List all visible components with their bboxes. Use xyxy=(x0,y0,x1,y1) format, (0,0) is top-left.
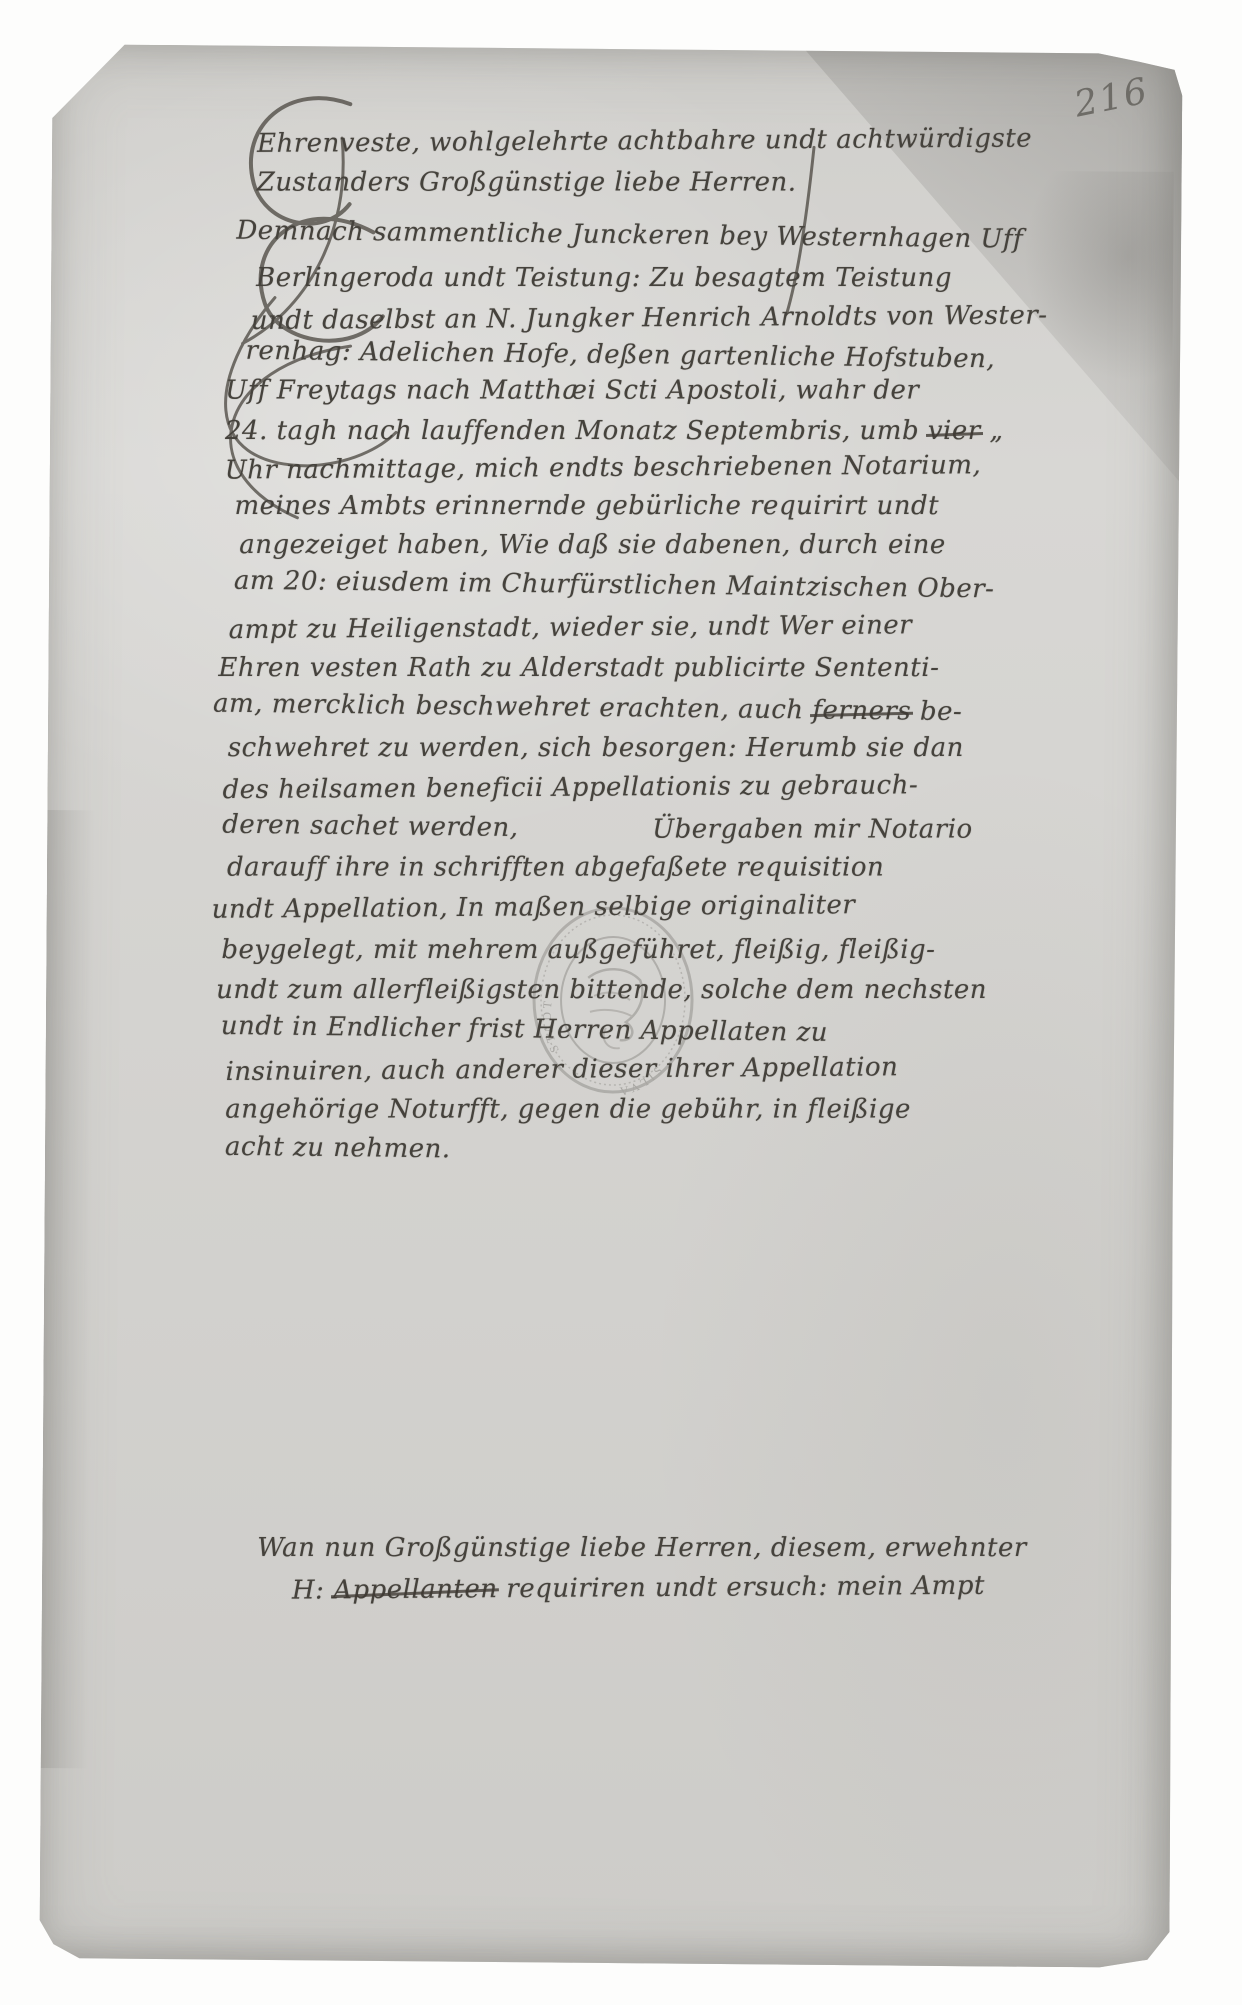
struck-word: vier xyxy=(928,416,981,446)
line-text: H: xyxy=(292,1575,333,1605)
struck-word: Appellanten xyxy=(333,1574,498,1605)
line-text: „ xyxy=(981,416,1004,446)
manuscript-line: Uhr nachmittage, mich endts beschriebene… xyxy=(225,450,982,485)
line-text: beygelegt, mit mehrem außgeführet, fleiß… xyxy=(221,935,935,965)
manuscript-line: Zustanders Großgünstige liebe Herren. xyxy=(257,167,797,197)
manuscript-line: Ehrenveste, wohlgelehrte achtbahre undt … xyxy=(257,124,1032,159)
manuscript-line: Berlingeroda undt Teistung: Zu besagtem … xyxy=(256,263,952,293)
manuscript-line: angehörige Noturfft, gegen die gebühr, i… xyxy=(225,1095,911,1125)
line-text: undt in Endlicher frist Herren Appellate… xyxy=(221,1011,828,1048)
manuscript-line: undt zum allerfleißigsten bittende, solc… xyxy=(216,975,987,1005)
manuscript-line: am 20: eiusdem im Churfürstlichen Maintz… xyxy=(234,566,995,605)
manuscript-line: des heilsamen beneficii Appellationis zu… xyxy=(222,770,918,805)
line-text: angehörige Noturfft, gegen die gebühr, i… xyxy=(225,1095,911,1125)
manuscript-line: ampt zu Heiligenstadt, wieder sie, undt … xyxy=(229,610,913,645)
line-text: Wan nun Großgünstige liebe Herren, diese… xyxy=(257,1533,1027,1563)
line-text: Ehrenveste, wohlgelehrte achtbahre undt … xyxy=(257,124,1032,159)
manuscript-line: beygelegt, mit mehrem außgeführet, fleiß… xyxy=(221,935,935,965)
manuscript-line: Ehren vesten Rath zu Alderstadt publicir… xyxy=(218,653,939,683)
line-text: Demnach sammentliche Junckeren bey Weste… xyxy=(236,216,1023,255)
line-text: schwehret zu werden, sich besorgen: Heru… xyxy=(228,733,964,763)
line-text: des heilsamen beneficii Appellationis zu… xyxy=(222,770,918,805)
manuscript-line: acht zu nehmen. xyxy=(225,1132,451,1165)
manuscript-line: angezeiget haben, Wie daß sie dabenen, d… xyxy=(239,530,946,560)
line-text: ampt zu Heiligenstadt, wieder sie, undt … xyxy=(229,610,913,645)
line-text: angezeiget haben, Wie daß sie dabenen, d… xyxy=(239,530,946,560)
manuscript-line: meines Ambts erinnernde gebürliche requi… xyxy=(234,491,939,521)
line-text: Übergaben mir Notario xyxy=(652,814,972,844)
line-text: insinuiren, auch anderer dieser ihrer Ap… xyxy=(225,1052,898,1087)
line-text: acht zu nehmen. xyxy=(225,1132,451,1165)
line-text: undt Appellation, In maßen selbige origi… xyxy=(212,890,856,924)
scan-background: { "document": { "folio_number": "216", "… xyxy=(0,0,1242,2005)
line-text: am, mercklich beschwehret erachten, auch xyxy=(213,689,813,726)
manuscript-line: darauff ihre in schrifften abgefaßete re… xyxy=(227,853,884,883)
line-text: Ehren vesten Rath zu Alderstadt publicir… xyxy=(218,653,939,683)
manuscript-line: renhag: Adelichen Hofe, deßen gartenlich… xyxy=(245,336,995,375)
line-text: renhag: Adelichen Hofe, deßen gartenlich… xyxy=(245,336,995,375)
manuscript-line: undt daselbst an N. Jungker Henrich Arno… xyxy=(251,300,1048,336)
manuscript-line: Uff Freytags nach Matthæi Scti Apostoli,… xyxy=(225,376,919,406)
manuscript-line: Wan nun Großgünstige liebe Herren, diese… xyxy=(257,1533,1027,1563)
manuscript-line: undt Appellation, In maßen selbige origi… xyxy=(212,890,856,924)
manuscript-line: Demnach sammentliche Junckeren bey Weste… xyxy=(236,216,1023,255)
manuscript-page: 216 STADT SILVA Ehrenveste, wohlgelehrte… xyxy=(39,44,1182,1968)
manuscript-line: 24. tagh nach lauffenden Monatz Septembr… xyxy=(225,416,1003,446)
line-text: darauff ihre in schrifften abgefaßete re… xyxy=(227,853,884,883)
manuscript-line: deren sachet werden, xyxy=(222,810,519,843)
line-text: am 20: eiusdem im Churfürstlichen Maintz… xyxy=(234,566,995,605)
line-text: undt daselbst an N. Jungker Henrich Arno… xyxy=(251,300,1048,336)
struck-word: ferners xyxy=(812,695,911,726)
manuscript-line: undt in Endlicher frist Herren Appellate… xyxy=(221,1011,828,1048)
manuscript-line: H: Appellanten requiriren undt ersuch: m… xyxy=(292,1571,985,1606)
line-text: be- xyxy=(911,697,962,728)
manuscript-line: insinuiren, auch anderer dieser ihrer Ap… xyxy=(225,1052,898,1087)
line-text: 24. tagh nach lauffenden Monatz Septembr… xyxy=(225,416,928,446)
line-text: requiriren undt ersuch: mein Ampt xyxy=(497,1571,985,1604)
line-text: deren sachet werden, xyxy=(222,810,519,843)
manuscript-line: Übergaben mir Notario xyxy=(652,814,972,844)
line-text: Uhr nachmittage, mich endts beschriebene… xyxy=(225,450,982,485)
line-text: Berlingeroda undt Teistung: Zu besagtem … xyxy=(256,263,952,293)
line-text: undt zum allerfleißigsten bittende, solc… xyxy=(216,975,987,1005)
manuscript-line: schwehret zu werden, sich besorgen: Heru… xyxy=(228,733,964,763)
manuscript-line: am, mercklich beschwehret erachten, auch… xyxy=(213,689,963,727)
line-text: Uff Freytags nach Matthæi Scti Apostoli,… xyxy=(225,376,919,406)
text-layer: Ehrenveste, wohlgelehrte achtbahre undt … xyxy=(39,44,1182,1968)
line-text: meines Ambts erinnernde gebürliche requi… xyxy=(234,491,939,521)
line-text: Zustanders Großgünstige liebe Herren. xyxy=(257,167,797,197)
